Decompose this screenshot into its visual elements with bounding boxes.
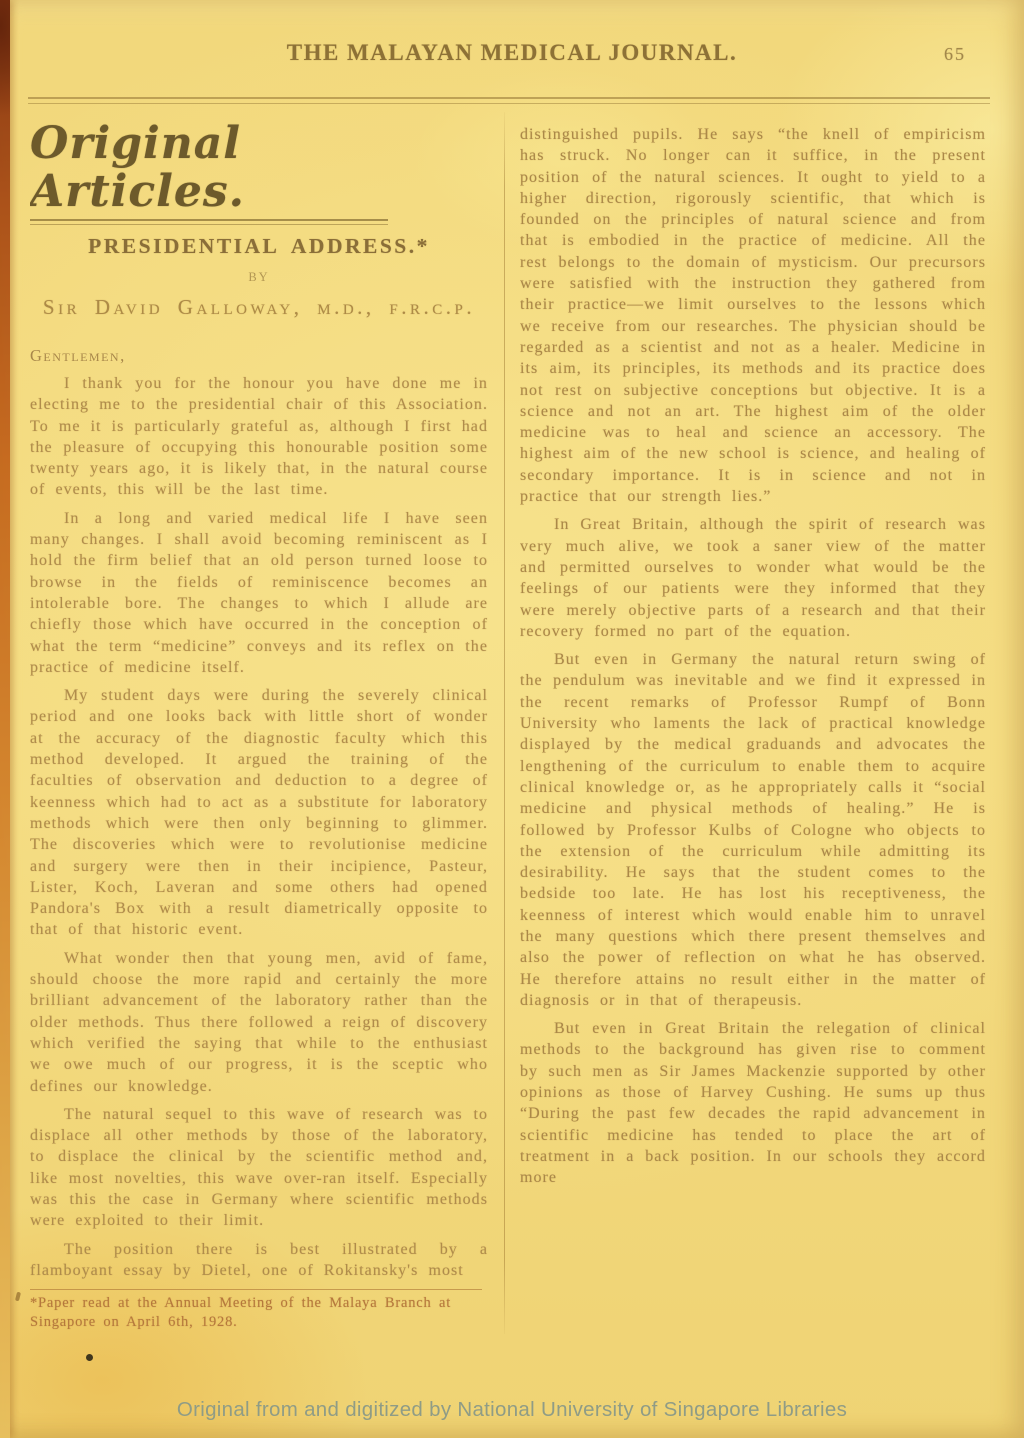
page-header: THE MALAYAN MEDICAL JOURNAL. 65	[0, 40, 1024, 74]
left-column-body: I thank you for the honour you have done…	[30, 373, 488, 1281]
section-title-underline	[30, 219, 388, 225]
paragraph: In a long and varied medical life I have…	[30, 508, 488, 678]
left-column: Original Articles. PRESIDENTIAL ADDRESS.…	[30, 114, 488, 1346]
right-column-body: distinguished pupils. He says “the knell…	[520, 124, 986, 1189]
salutation: Gentlemen,	[30, 346, 488, 366]
paragraph: The position there is best illustrated b…	[30, 1239, 488, 1282]
right-column: distinguished pupils. He says “the knell…	[520, 117, 986, 1335]
paragraph: What wonder then that young men, avid of…	[30, 948, 488, 1097]
footnote-text: *Paper read at the Annual Meeting of the…	[30, 1294, 482, 1331]
paragraph: In Great Britain, although the spirit of…	[520, 514, 986, 642]
section-title: Original Articles.	[30, 120, 488, 216]
digitization-credit: Original from and digitized by National …	[0, 1398, 1024, 1422]
page-number: 65	[944, 44, 966, 65]
margin-mark	[15, 1292, 21, 1302]
paragraph: I thank you for the honour you have done…	[30, 373, 488, 501]
paragraph: My student days were during the severely…	[30, 685, 488, 941]
scan-edge-shadow	[0, 0, 10, 1438]
ink-speck	[86, 1354, 93, 1361]
header-divider-rule	[28, 97, 990, 104]
column-divider-rule	[504, 112, 505, 1334]
paragraph: But even in Great Britain the relegation…	[520, 1018, 986, 1188]
author-name: Sir David Galloway, m.d., f.r.c.p.	[30, 295, 488, 320]
article-title: PRESIDENTIAL ADDRESS.*	[30, 234, 488, 259]
journal-title: THE MALAYAN MEDICAL JOURNAL.	[0, 40, 1024, 66]
journal-page: THE MALAYAN MEDICAL JOURNAL. 65 Original…	[0, 0, 1024, 1438]
paragraph: distinguished pupils. He says “the knell…	[520, 124, 986, 507]
byline-label: BY	[30, 270, 488, 285]
paragraph: The natural sequel to this wave of resea…	[30, 1104, 488, 1232]
footnote-block: *Paper read at the Annual Meeting of the…	[30, 1289, 482, 1331]
paragraph: But even in Germany the natural return s…	[520, 649, 986, 1011]
